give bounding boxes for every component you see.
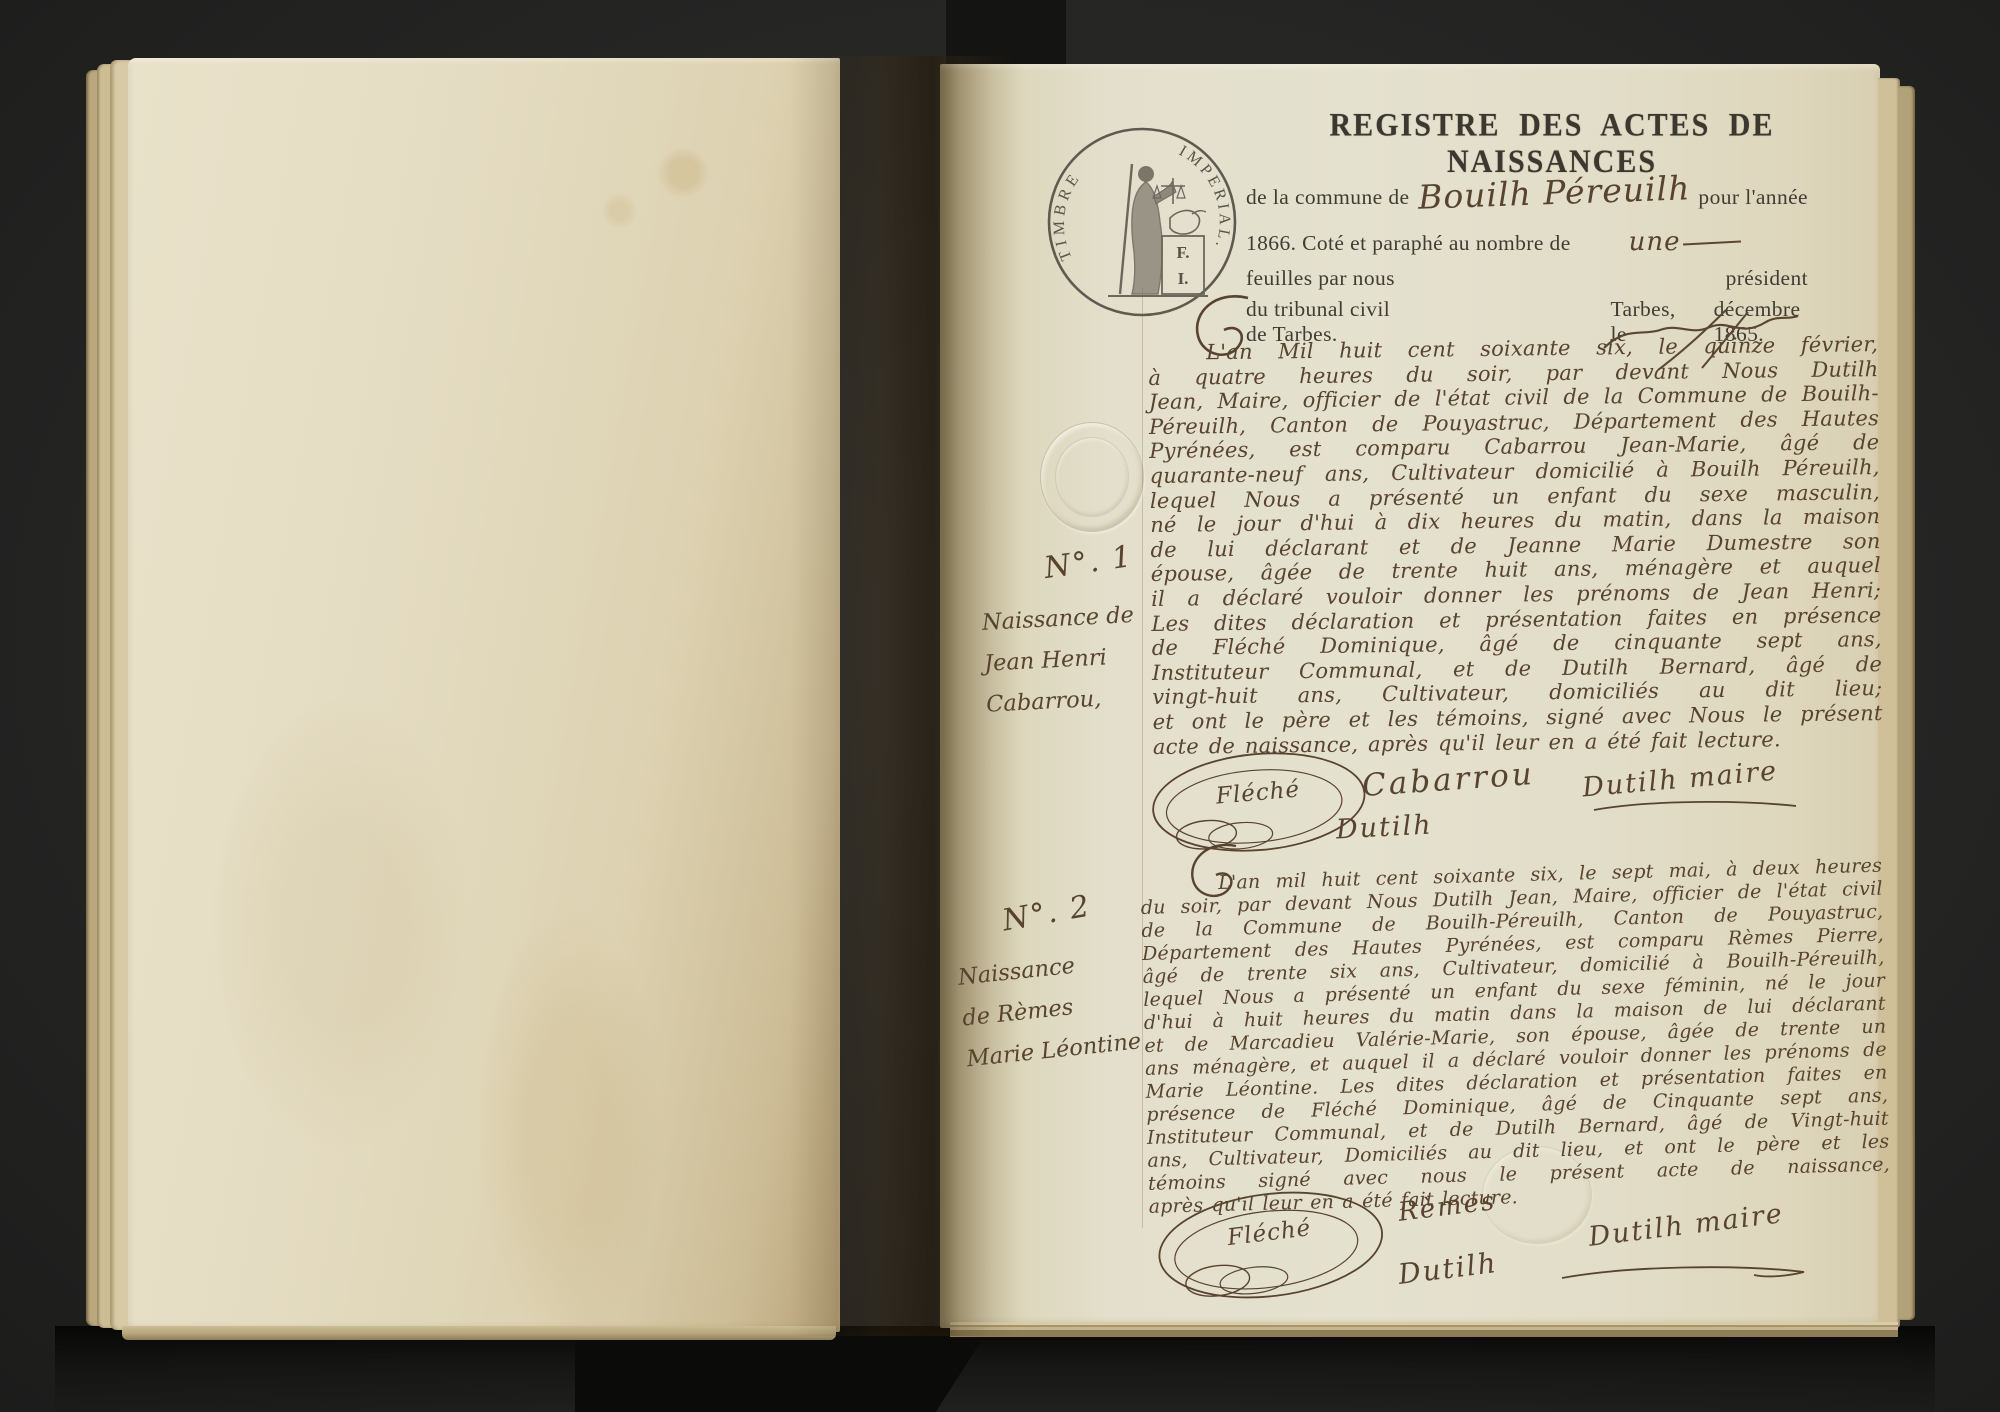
page-title: REGISTRE DES ACTES DE NAISSANCES (1262, 107, 1842, 180)
printed-text: président (1726, 266, 1808, 291)
form-line-commune: de la commune de Bouilh Péreuilh pour l'… (1246, 183, 1808, 210)
handwritten-commune: Bouilh Péreuilh (1417, 178, 1690, 207)
form-line-feuilles: 1866. Coté et paraphé au nombre de une (1246, 227, 1808, 257)
right-page-edge-stack (1898, 86, 1915, 1320)
paper-stains (128, 58, 840, 1332)
printed-text: feuilles par nous (1246, 266, 1395, 291)
svg-text:TIMBRE: TIMBRE (1051, 168, 1085, 263)
book-photo: TIMBRE IMPERIAL. F. I. REGISTRE DES ACTE… (0, 0, 2000, 1412)
right-page-bottom-edges (950, 1322, 1898, 1337)
act-2-margin-note: Naissancede RèmesMarie Léontine (956, 939, 1153, 1081)
stamp-monogram-top: F. (1176, 243, 1189, 262)
stamp-monogram-bottom: I. (1178, 269, 1189, 288)
pen-flourish-dash (1683, 240, 1741, 245)
printed-text: de la commune de (1246, 185, 1409, 210)
printed-text: 1866. Coté et paraphé au nombre de (1246, 231, 1571, 256)
signature-dutilh-act1: Dutilh (1335, 809, 1433, 845)
handwritten-count: une (1629, 227, 1681, 257)
left-page-bottom-edges (122, 1326, 836, 1340)
act-2-body: L'an mil huit cent soixante six, le sept… (1140, 855, 1891, 1219)
act-1-body: L'an Mil huit cent soixante six, le quin… (1148, 332, 1883, 759)
form-line-president: feuilles par nous président (1246, 266, 1808, 291)
signature-underline (1558, 1262, 1808, 1282)
bottom-shadow-ribbon (575, 1335, 985, 1412)
act-1-margin-note: Naissance deJean HenriCabarrou, (981, 593, 1172, 726)
embossed-seal (1040, 422, 1144, 532)
printed-text: pour l'année (1698, 185, 1808, 210)
left-page-blank (128, 58, 840, 1332)
signature-underline (1590, 798, 1800, 814)
